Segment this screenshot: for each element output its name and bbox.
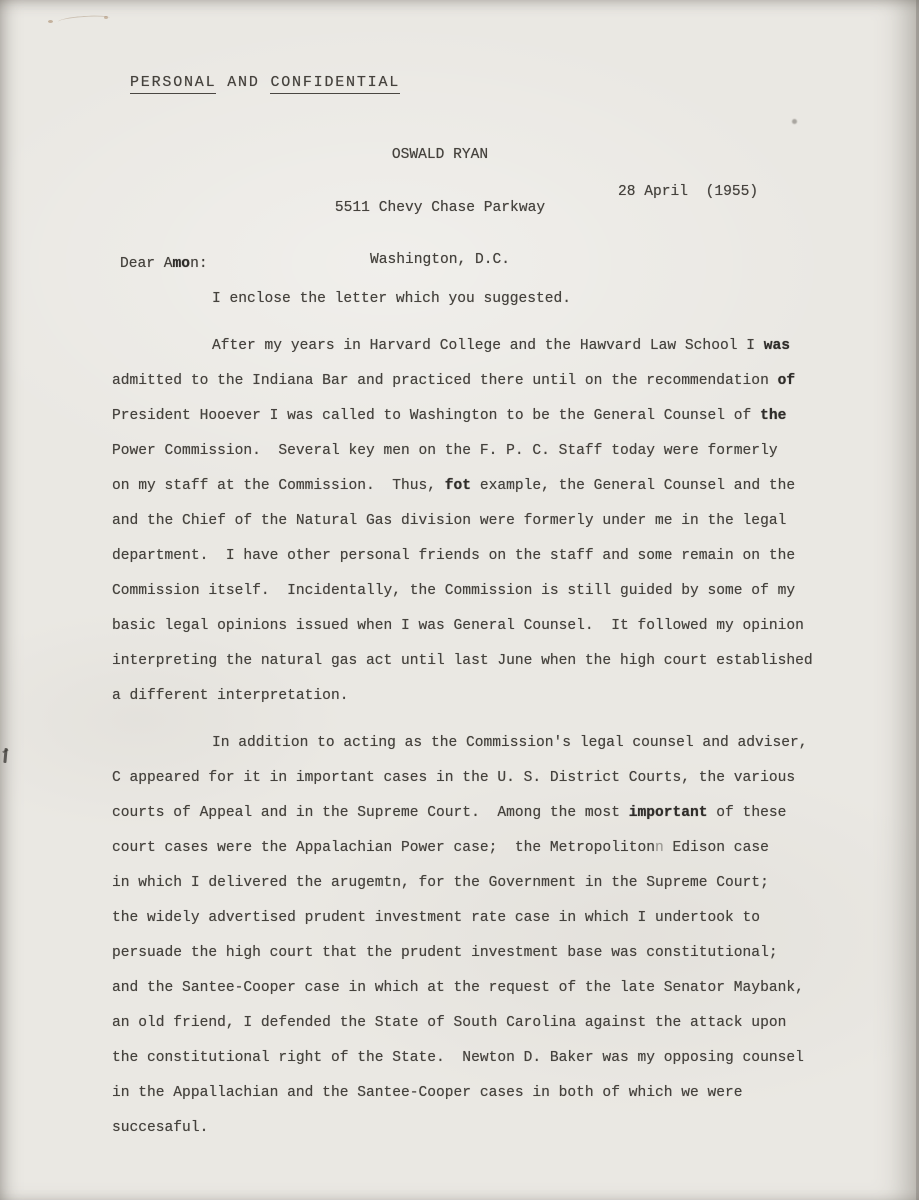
text-segment: in the Appallachian and the Santee-Coope… xyxy=(112,1085,743,1101)
sender-name: OSWALD RYAN xyxy=(285,147,595,165)
classification-header: PERSONAL AND CONFIDENTIAL xyxy=(130,74,400,91)
text-segment: In addition to acting as the Commission'… xyxy=(212,735,808,751)
text-segment: succesaful. xyxy=(112,1120,208,1136)
letter-line: persuade the high court that the prudent… xyxy=(112,936,872,971)
letter-line: court cases were the Appalachian Power c… xyxy=(112,831,872,866)
letter-line: an old friend, I defended the State of S… xyxy=(112,1006,872,1041)
text-segment: in which I delivered the arugemtn, for t… xyxy=(112,875,769,891)
salutation: Dear Amon: xyxy=(120,247,208,282)
letter-line: in the Appallachian and the Santee-Coope… xyxy=(112,1076,872,1111)
paper-speck xyxy=(104,16,108,19)
sender-city: Washington, D.C. xyxy=(285,252,595,270)
text-segment: on my staff at the Commission. Thus, xyxy=(112,478,445,494)
letter-line: I enclose the letter which you suggested… xyxy=(112,282,872,317)
letter-line: basic legal opinions issued when I was G… xyxy=(112,609,872,644)
letter-line: department. I have other personal friend… xyxy=(112,539,872,574)
letter-line: courts of Appeal and in the Supreme Cour… xyxy=(112,796,872,831)
letter-line: C appeared for it in important cases in … xyxy=(112,761,872,796)
letter-line: In addition to acting as the Commission'… xyxy=(112,726,872,761)
text-segment: court cases were the Appalachian Power c… xyxy=(112,840,655,856)
text-segment: Edison case xyxy=(664,840,769,856)
text-segment: a different interpretation. xyxy=(112,688,348,704)
paragraph: In addition to acting as the Commission'… xyxy=(112,726,872,1146)
text-segment: PERSONAL xyxy=(130,74,216,94)
letter-line: Power Commission. Several key men on the… xyxy=(112,434,872,469)
letter-line: the widely advertised prudent investment… xyxy=(112,901,872,936)
letter-line: After my years in Harvard College and th… xyxy=(112,329,872,364)
text-segment: the widely advertised prudent investment… xyxy=(112,910,760,926)
scanned-letter-page: PERSONAL AND CONFIDENTIAL OSWALD RYAN 55… xyxy=(0,0,919,1200)
text-segment: n: xyxy=(190,256,208,272)
text-segment: persuade the high court that the prudent… xyxy=(112,945,778,961)
sender-address-block: OSWALD RYAN 5511 Chevy Chase Parkway Was… xyxy=(285,112,595,305)
letter-line: in which I delivered the arugemtn, for t… xyxy=(112,866,872,901)
text-segment: CONFIDENTIAL xyxy=(270,74,400,94)
text-segment: and the Chief of the Natural Gas divisio… xyxy=(112,513,786,529)
text-segment: the constitutional right of the State. N… xyxy=(112,1050,804,1066)
text-segment: Dear A xyxy=(120,256,173,272)
letter-body: I enclose the letter which you suggested… xyxy=(112,282,872,1146)
letter-line: admitted to the Indiana Bar and practice… xyxy=(112,364,872,399)
text-segment: fot xyxy=(445,478,471,494)
text-segment: After my years in Harvard College and th… xyxy=(212,338,764,354)
paragraph: I enclose the letter which you suggested… xyxy=(112,282,872,317)
paper-speck xyxy=(48,20,53,23)
letter-line: a different interpretation. xyxy=(112,679,872,714)
letter-date: 28 April (1955) xyxy=(618,184,758,200)
text-segment: basic legal opinions issued when I was G… xyxy=(112,618,804,634)
letter-line: and the Chief of the Natural Gas divisio… xyxy=(112,504,872,539)
text-segment: interpreting the natural gas act until l… xyxy=(112,653,813,669)
text-segment: courts of Appeal and in the Supreme Cour… xyxy=(112,805,629,821)
text-segment: of these xyxy=(708,805,787,821)
paragraph: After my years in Harvard College and th… xyxy=(112,329,872,714)
text-segment: an old friend, I defended the State of S… xyxy=(112,1015,786,1031)
text-segment: example, the General Counsel and the xyxy=(471,478,795,494)
text-segment: and the Santee-Cooper case in which at t… xyxy=(112,980,804,996)
text-segment: important xyxy=(629,805,708,821)
text-segment: Power Commission. Several key men on the… xyxy=(112,443,778,459)
pencil-margin-mark xyxy=(3,748,7,763)
letter-line: President Hooever I was called to Washin… xyxy=(112,399,872,434)
paper-speck xyxy=(792,119,797,124)
text-segment: President Hooever I was called to Washin… xyxy=(112,408,760,424)
text-segment: I enclose the letter which you suggested… xyxy=(212,291,571,307)
text-segment: mo xyxy=(173,256,191,272)
letter-line: interpreting the natural gas act until l… xyxy=(112,644,872,679)
text-segment: department. I have other personal friend… xyxy=(112,548,795,564)
letter-line: on my staff at the Commission. Thus, fot… xyxy=(112,469,872,504)
text-segment: Commission itself. Incidentally, the Com… xyxy=(112,583,795,599)
letter-line: succesaful. xyxy=(112,1111,872,1146)
letter-line: Commission itself. Incidentally, the Com… xyxy=(112,574,872,609)
text-segment: AND xyxy=(216,74,270,91)
text-segment: n xyxy=(655,840,664,856)
letter-line: the constitutional right of the State. N… xyxy=(112,1041,872,1076)
sender-street: 5511 Chevy Chase Parkway xyxy=(285,200,595,218)
text-segment: admitted to the Indiana Bar and practice… xyxy=(112,373,778,389)
text-segment: of xyxy=(778,373,796,389)
paper-scratch-mark xyxy=(58,14,110,26)
text-segment: C appeared for it in important cases in … xyxy=(112,770,795,786)
letter-line: and the Santee-Cooper case in which at t… xyxy=(112,971,872,1006)
text-segment: was xyxy=(764,338,790,354)
text-segment: the xyxy=(760,408,786,424)
